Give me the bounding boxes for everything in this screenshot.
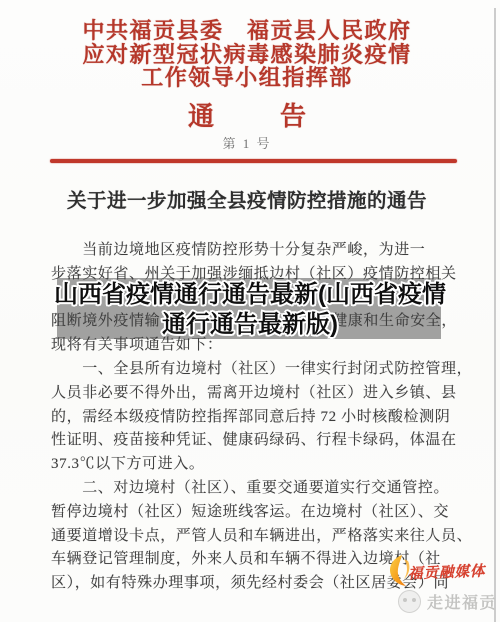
body-line: 性证明、疫苗接种凭证、健康码绿码、行程卡绿码，体温在 bbox=[51, 429, 457, 453]
body-line: 暂停边境村（社区）短途班线客运。在边境村（社区）、交 bbox=[51, 501, 457, 525]
body-line: 37.3℃以下方可进入。 bbox=[51, 453, 457, 477]
letterhead-org-line2: 应对新型冠状病毒感染肺炎疫情 bbox=[0, 43, 494, 67]
red-divider-rule bbox=[50, 159, 457, 163]
doc-type-title: 通 告 bbox=[0, 96, 494, 133]
letterhead-org-line3: 工作领导小组指挥部 bbox=[0, 66, 494, 90]
body-line: 二、对边境村（社区）、重要交通要道实行交通管控。 bbox=[51, 477, 457, 501]
body-line: 人员非必要不得外出，需离开边境村（社区）进入乡镇、县 bbox=[51, 382, 457, 406]
footer-watermark-label: 走进福贡 bbox=[427, 590, 497, 613]
media-watermark-label: 福贡融媒体 bbox=[408, 559, 486, 583]
mascot-icon bbox=[398, 590, 421, 613]
overlay-caption-line2: 通行通告最新版) bbox=[0, 310, 500, 340]
footer-watermark: 走进福贡 bbox=[398, 590, 497, 613]
body-line: 通要道增设卡点，严管人员和车辆进出，严格落实来往人员、 bbox=[51, 525, 457, 549]
issue-number: 第 1 号 bbox=[0, 133, 494, 152]
document-photo: 中共福贡县委 福贡县人民政府 应对新型冠状病毒感染肺炎疫情 工作领导小组指挥部 … bbox=[0, 0, 500, 622]
letterhead: 中共福贡县委 福贡县人民政府 应对新型冠状病毒感染肺炎疫情 工作领导小组指挥部 bbox=[0, 19, 494, 90]
notice-title: 关于进一步加强全县疫情防控措施的通告 bbox=[0, 185, 494, 213]
body-line: 当前边境地区疫情防控形势十分复杂严峻，为进一 bbox=[51, 239, 457, 263]
overlay-caption-line1: 山西省疫情通行通告最新(山西省疫情 bbox=[0, 280, 500, 310]
letterhead-org-line1: 中共福贡县委 福贡县人民政府 bbox=[0, 19, 494, 43]
media-watermark: 福贡融媒体 bbox=[382, 553, 486, 589]
overlay-caption: 山西省疫情通行通告最新(山西省疫情 通行通告最新版) bbox=[0, 280, 500, 340]
body-line: 的，需经本级疫情防控指挥部同意后持 72 小时核酸检测阴 bbox=[51, 406, 457, 430]
body-line: 一、全县所有边境村（社区）一律实行封闭式防控管理， bbox=[51, 358, 457, 382]
